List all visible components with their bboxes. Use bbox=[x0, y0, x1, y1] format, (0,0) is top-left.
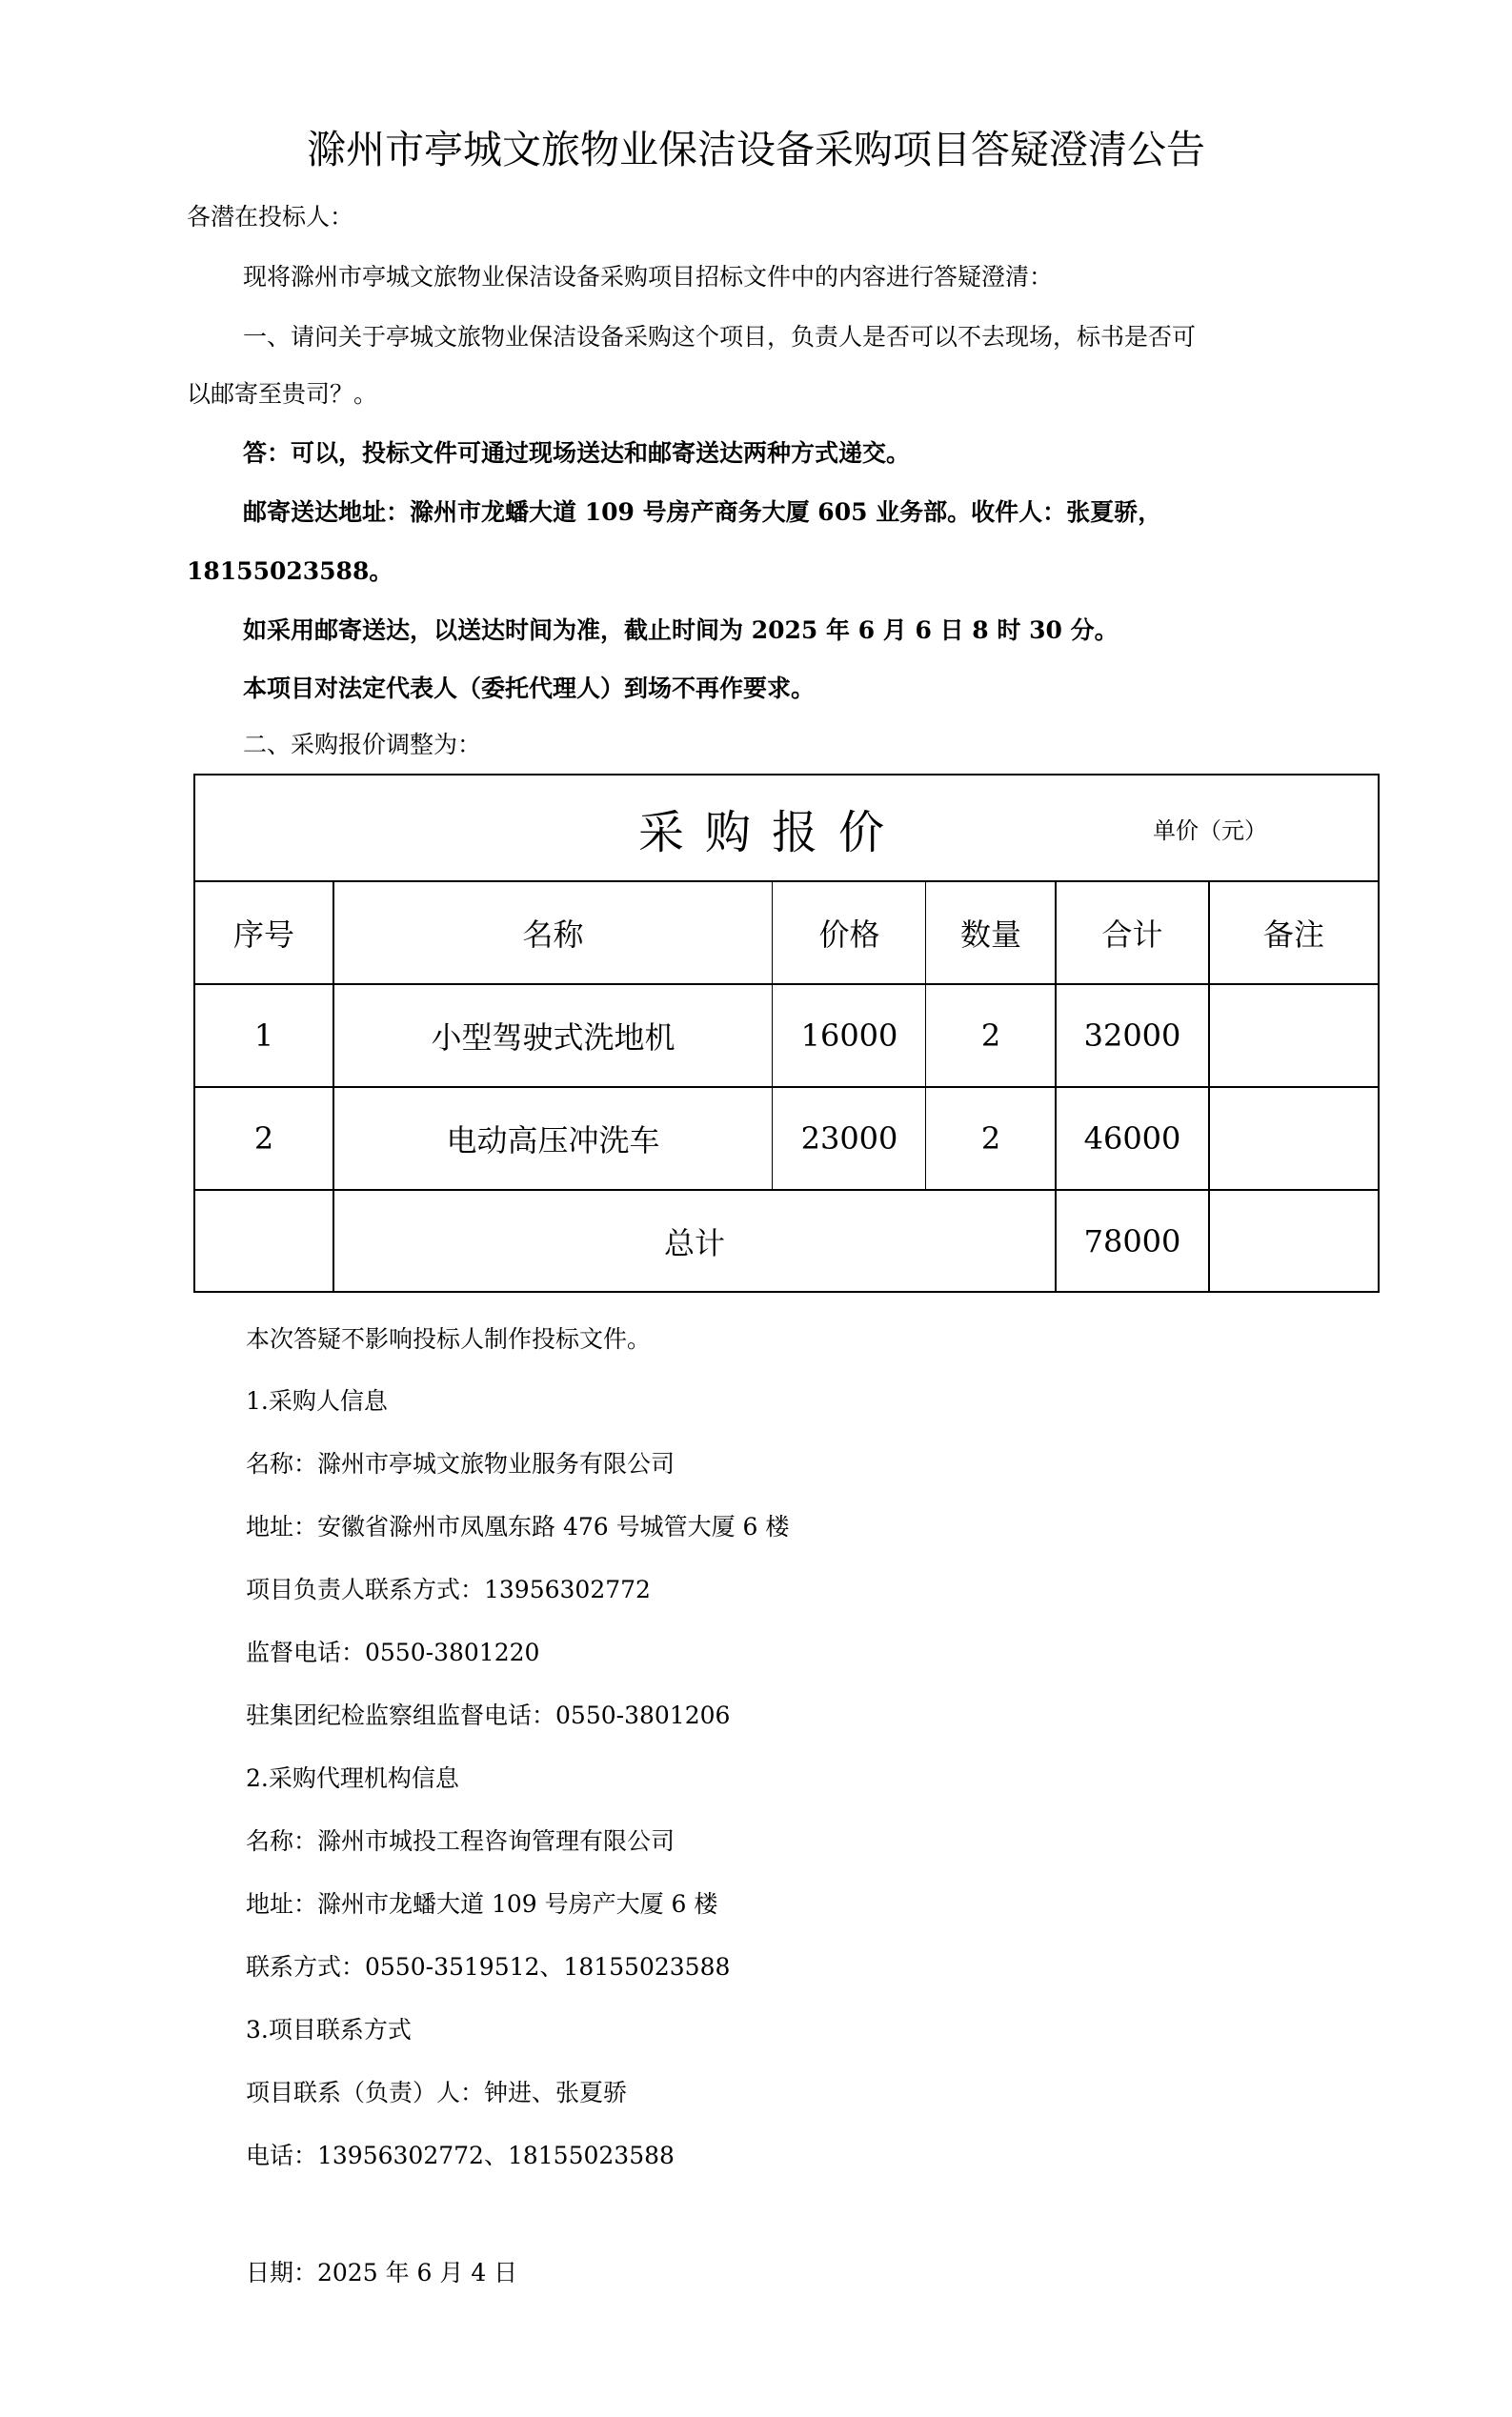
agency-name: 名称：滁州市城投工程咨询管理有限公司 bbox=[246, 1826, 675, 1857]
agency-contact: 联系方式：0550-3519512、18155023588 bbox=[246, 1952, 730, 1983]
agency-heading: 2.采购代理机构信息 bbox=[246, 1763, 459, 1794]
representative-notice: 本项目对法定代表人（委托代理人）到场不再作要求。 bbox=[243, 674, 815, 704]
after-table-note: 本次答疑不影响投标人制作投标文件。 bbox=[246, 1324, 651, 1355]
table-unit-label: 单价（元） bbox=[1124, 775, 1296, 880]
table-row-2-name: 电动高压冲洗车 bbox=[334, 1088, 772, 1189]
purchaser-supervision-phone: 监督电话：0550-3801220 bbox=[246, 1638, 539, 1668]
intro-paragraph: 现将滁州市亭城文旅物业保洁设备采购项目招标文件中的内容进行答疑澄清： bbox=[243, 262, 1053, 292]
table-row-1-price: 16000 bbox=[774, 985, 925, 1086]
table-divider bbox=[925, 881, 926, 1190]
answer-1: 答：可以，投标文件可通过现场送达和邮寄送达两种方式递交。 bbox=[243, 438, 910, 469]
table-row-2-quantity: 2 bbox=[927, 1088, 1055, 1189]
project-contact-person: 项目联系（负责）人：钟进、张夏骄 bbox=[246, 2078, 627, 2108]
section-2-heading: 二、采购报价调整为： bbox=[243, 730, 481, 760]
question-1-line-2: 以邮寄至贵司？。 bbox=[187, 379, 377, 410]
table-title: 采购报价 bbox=[534, 775, 1010, 880]
column-header-note: 备注 bbox=[1210, 882, 1378, 983]
purchaser-contact: 项目负责人联系方式：13956302772 bbox=[246, 1575, 651, 1605]
table-row-1-no: 1 bbox=[195, 985, 333, 1086]
table-row-1-name: 小型驾驶式洗地机 bbox=[334, 985, 772, 1086]
column-header-name: 名称 bbox=[334, 882, 772, 983]
purchaser-name: 名称：滁州市亭城文旅物业服务有限公司 bbox=[246, 1449, 675, 1480]
table-row-1-quantity: 2 bbox=[927, 985, 1055, 1086]
table-row-2-note bbox=[1210, 1088, 1378, 1189]
purchaser-address: 地址：安徽省滁州市凤凰东路 476 号城管大厦 6 楼 bbox=[246, 1512, 789, 1542]
document-date: 日期：2025 年 6 月 4 日 bbox=[246, 2258, 517, 2288]
table-divider bbox=[772, 881, 773, 1190]
deadline-notice: 如采用邮寄送达，以送达时间为准，截止时间为 2025 年 6 月 6 日 8 时… bbox=[243, 615, 1119, 646]
document-page: 滁州市亭城文旅物业保洁设备采购项目答疑澄清公告 各潜在投标人： 现将滁州市亭城文… bbox=[0, 0, 1512, 2417]
question-1-line-1: 一、请问关于亭城文旅物业保洁设备采购这个项目，负责人是否可以不去现场，标书是否可 bbox=[243, 322, 1196, 352]
column-header-no: 序号 bbox=[195, 882, 333, 983]
column-header-quantity: 数量 bbox=[927, 882, 1055, 983]
table-row-2-no: 2 bbox=[195, 1088, 333, 1189]
agency-address: 地址：滁州市龙蟠大道 109 号房产大厦 6 楼 bbox=[246, 1889, 717, 1920]
mail-address-line-1: 邮寄送达地址：滁州市龙蟠大道 109 号房产商务大厦 605 业务部。收件人：张… bbox=[243, 497, 1161, 528]
column-header-total: 合计 bbox=[1057, 882, 1208, 983]
table-row-1-total: 32000 bbox=[1057, 985, 1208, 1086]
purchaser-discipline-phone: 驻集团纪检监察组监督电话：0550-3801206 bbox=[246, 1701, 730, 1731]
purchaser-heading: 1.采购人信息 bbox=[246, 1386, 388, 1417]
salutation: 各潜在投标人： bbox=[187, 202, 353, 232]
table-sum-label: 总计 bbox=[334, 1191, 1055, 1292]
document-title: 滁州市亭城文旅物业保洁设备采购项目答疑澄清公告 bbox=[0, 118, 1512, 174]
table-sum-value: 78000 bbox=[1057, 1191, 1208, 1292]
table-row-1-note bbox=[1210, 985, 1378, 1086]
table-row-2-price: 23000 bbox=[774, 1088, 925, 1189]
table-row-2-total: 46000 bbox=[1057, 1088, 1208, 1189]
project-contact-heading: 3.项目联系方式 bbox=[246, 2015, 412, 2045]
column-header-price: 价格 bbox=[774, 882, 925, 983]
mail-address-line-2: 18155023588。 bbox=[187, 556, 393, 587]
project-contact-phone: 电话：13956302772、18155023588 bbox=[246, 2141, 675, 2171]
